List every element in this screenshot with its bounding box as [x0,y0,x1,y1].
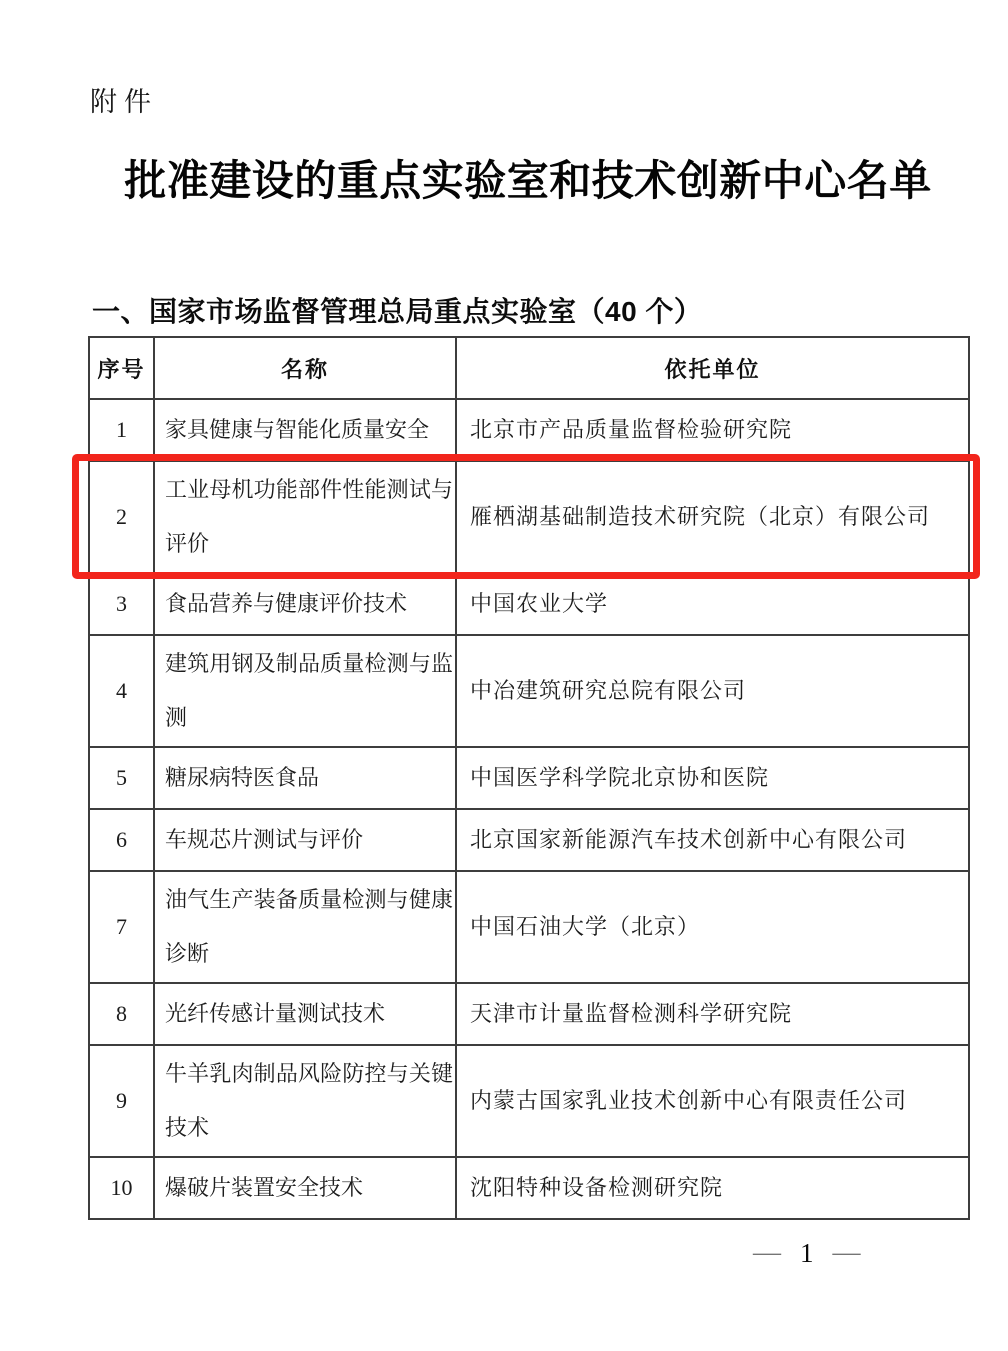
supporting-unit-cell: 雁栖湖基础制造技术研究院（北京）有限公司 [456,461,969,573]
supporting-unit-cell: 中冶建筑研究总院有限公司 [456,635,969,747]
row-number-cell: 4 [89,635,154,747]
lab-name-cell: 光纤传感计量测试技术 [154,983,456,1045]
lab-name-cell: 家具健康与智能化质量安全 [154,399,456,461]
footer-dash-right: — [833,1239,861,1267]
row-number-cell: 10 [89,1157,154,1219]
supporting-unit-cell: 内蒙古国家乳业技术创新中心有限责任公司 [456,1045,969,1157]
footer-dash-left: — [753,1239,781,1267]
table-row: 10 爆破片装置安全技术 沈阳特种设备检测研究院 [89,1157,969,1219]
row-number-cell: 6 [89,809,154,871]
lab-name-cell: 牛羊乳肉制品风险防控与关键技术 [154,1045,456,1157]
row-number-cell: 7 [89,871,154,983]
page-title: 批准建设的重点实验室和技术创新中心名单 [88,148,968,208]
lab-name-cell: 糖尿病特医食品 [154,747,456,809]
table-row: 7 油气生产装备质量检测与健康诊断 中国石油大学（北京） [89,871,969,983]
table-row: 1 家具健康与智能化质量安全 北京市产品质量监督检验研究院 [89,399,969,461]
col-header-name: 名称 [154,337,456,399]
col-header-supporting-unit: 依托单位 [456,337,969,399]
table-row: 2 工业母机功能部件性能测试与评价 雁栖湖基础制造技术研究院（北京）有限公司 [89,461,969,573]
lab-name-cell: 车规芯片测试与评价 [154,809,456,871]
supporting-unit-cell: 北京市产品质量监督检验研究院 [456,399,969,461]
table-row: 8 光纤传感计量测试技术 天津市计量监督检测科学研究院 [89,983,969,1045]
section-heading: 一、国家市场监督管理总局重点实验室（40 个） [92,290,702,330]
supporting-unit-cell: 天津市计量监督检测科学研究院 [456,983,969,1045]
labs-table: 序号 名称 依托单位 1 家具健康与智能化质量安全 北京市产品质量监督检验研究院… [88,336,970,1220]
supporting-unit-cell: 北京国家新能源汽车技术创新中心有限公司 [456,809,969,871]
col-header-number: 序号 [89,337,154,399]
lab-name-cell: 油气生产装备质量检测与健康诊断 [154,871,456,983]
lab-name-cell: 建筑用钢及制品质量检测与监测 [154,635,456,747]
row-number-cell: 9 [89,1045,154,1157]
supporting-unit-cell: 中国医学科学院北京协和医院 [456,747,969,809]
table-row: 3 食品营养与健康评价技术 中国农业大学 [89,573,969,635]
lab-name-cell: 爆破片装置安全技术 [154,1157,456,1219]
lab-name-cell: 工业母机功能部件性能测试与评价 [154,461,456,573]
lab-name-cell: 食品营养与健康评价技术 [154,573,456,635]
page-number: 1 [800,1240,814,1267]
supporting-unit-cell: 中国农业大学 [456,573,969,635]
row-number-cell: 1 [89,399,154,461]
supporting-unit-cell: 沈阳特种设备检测研究院 [456,1157,969,1219]
table-row: 4 建筑用钢及制品质量检测与监测 中冶建筑研究总院有限公司 [89,635,969,747]
row-number-cell: 8 [89,983,154,1045]
page-footer: — 1 — [753,1236,861,1270]
supporting-unit-cell: 中国石油大学（北京） [456,871,969,983]
row-number-cell: 5 [89,747,154,809]
table-row: 6 车规芯片测试与评价 北京国家新能源汽车技术创新中心有限公司 [89,809,969,871]
attachment-label: 附件 [90,80,158,119]
row-number-cell: 3 [89,573,154,635]
row-number-cell: 2 [89,461,154,573]
document-page: 附件 批准建设的重点实验室和技术创新中心名单 一、国家市场监督管理总局重点实验室… [0,0,1008,1351]
table-header-row: 序号 名称 依托单位 [89,337,969,399]
table-row: 5 糖尿病特医食品 中国医学科学院北京协和医院 [89,747,969,809]
table-row: 9 牛羊乳肉制品风险防控与关键技术 内蒙古国家乳业技术创新中心有限责任公司 [89,1045,969,1157]
